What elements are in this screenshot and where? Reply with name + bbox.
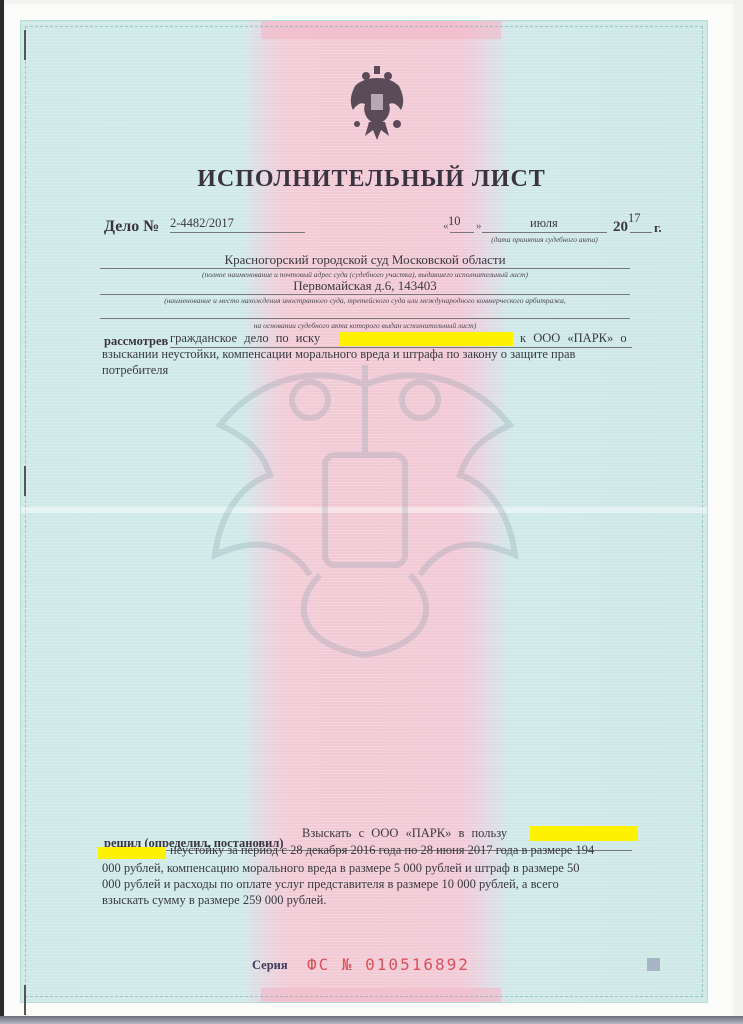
pink-band-top [261, 21, 501, 39]
russian-coat-of-arms-icon [347, 66, 407, 142]
date-month: июля [530, 216, 558, 231]
serial-number: ФС № 010516892 [307, 955, 470, 974]
court-address: Первомайская д.6, 143403 [100, 278, 630, 294]
court-name-underline [100, 268, 630, 269]
year-underline [630, 232, 652, 233]
date-hint: (дата принятия судебного акта) [482, 235, 607, 244]
scan-edge [0, 0, 4, 1024]
decision-line-4: 000 рублей и расходы по оплате услуг пре… [102, 876, 632, 893]
date-close-quote: » [476, 220, 482, 232]
pink-band-bottom [261, 988, 501, 1002]
serial-label: Серия [252, 958, 288, 973]
case-number: 2-4482/2017 [170, 216, 234, 231]
year-suffix: 17 [628, 211, 641, 226]
decision-line-1: Взыскать с ООО «ПАРК» в пользу [302, 826, 507, 841]
basis-hint: на основании судебного акта которого выд… [100, 321, 630, 330]
court-address-underline [100, 294, 630, 295]
month-underline [482, 232, 607, 233]
decision-line-5: взыскать сумму в размере 259 000 рублей. [102, 892, 632, 909]
date-day: 10 [448, 214, 461, 229]
redacted-beneficiary [530, 826, 638, 841]
day-underline [450, 232, 474, 233]
decision-line-2: неустойку за период с 28 декабря 2016 го… [170, 843, 594, 858]
considered-text-after: к ООО «ПАРК» о [520, 331, 627, 346]
considered-line-3: потребителя [102, 362, 632, 379]
foreign-court-hint: (наименование и место нахождения иностра… [100, 296, 630, 305]
year-prefix: 20 [613, 219, 628, 236]
staple-mark [24, 30, 26, 60]
considered-line-2: взыскании неустойки, компенсации моральн… [102, 346, 632, 363]
decision-line-3: 000 рублей, компенсацию морального вреда… [102, 860, 632, 877]
eagle-watermark-icon [200, 345, 530, 665]
security-mark-square [647, 958, 660, 971]
scan-edge-bottom [0, 1016, 743, 1024]
redacted-plaintiff [340, 332, 513, 346]
staple-mark [24, 466, 26, 496]
year-label: г. [654, 220, 662, 236]
case-label: Дело № [104, 218, 159, 236]
document-title: ИСПОЛНИТЕЛЬНЫЙ ЛИСТ [0, 166, 743, 193]
case-number-underline [170, 232, 305, 233]
court-name: Красногорский городской суд Московской о… [100, 252, 630, 268]
considered-text-before: гражданское дело по иску [170, 331, 320, 346]
basis-underline [100, 318, 630, 319]
staple-mark [24, 985, 26, 1015]
redacted-beneficiary-cont [98, 847, 166, 859]
